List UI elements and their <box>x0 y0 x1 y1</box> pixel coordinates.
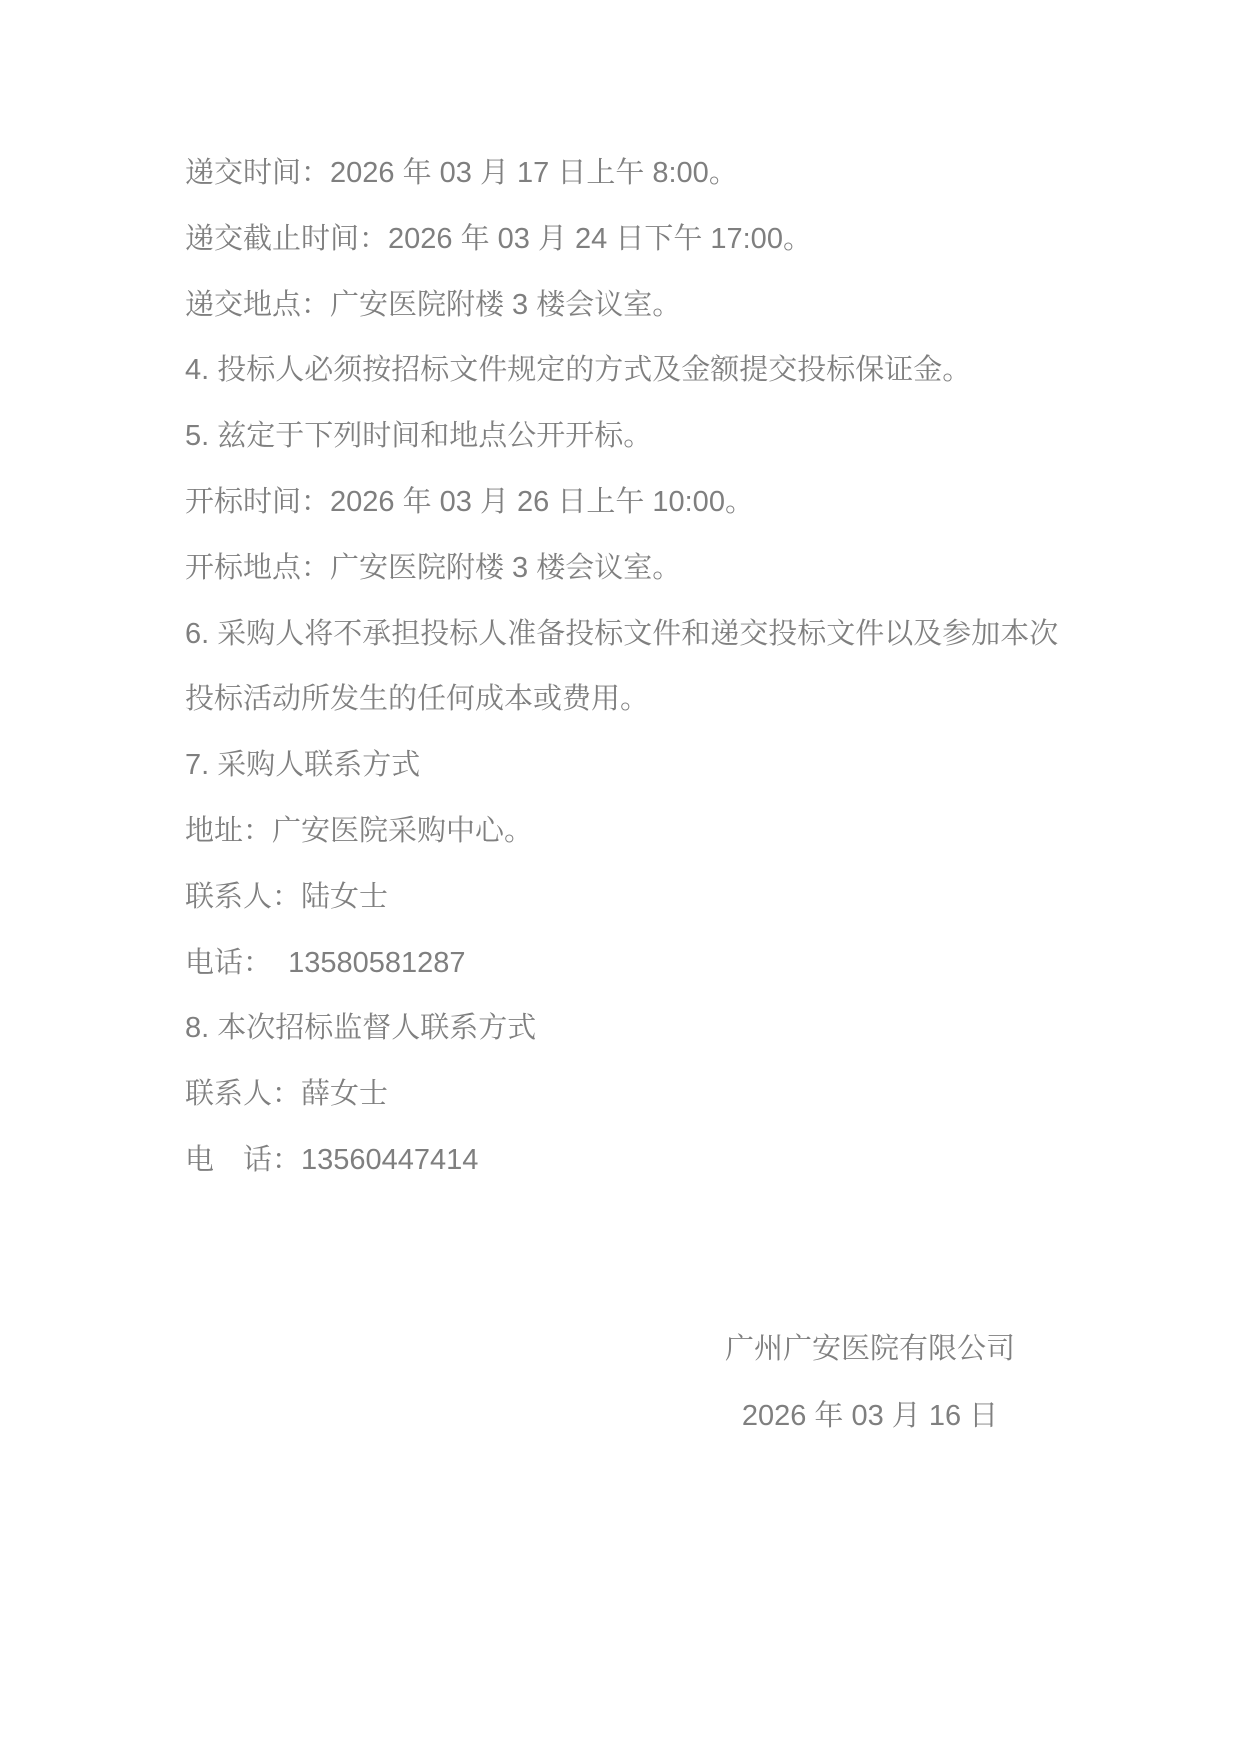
paragraph-submission-location: 递交地点：广安医院附楼 3 楼会议室。 <box>185 273 1085 339</box>
paragraph-phone-lu: 电话： 13580581287 <box>185 931 1085 997</box>
paragraph-address: 地址：广安医院采购中心。 <box>185 799 1085 865</box>
paragraph-contact-person-xue: 联系人：薛女士 <box>185 1062 1085 1128</box>
paragraph-bid-opening-location: 开标地点：广安医院附楼 3 楼会议室。 <box>185 536 1085 602</box>
paragraph-item-6-costs-line-2: 投标活动所发生的任何成本或费用。 <box>185 667 1085 733</box>
signature-date: 2026 年 03 月 16 日 <box>580 1383 1160 1450</box>
paragraph-item-6-costs-line-1: 6. 采购人将不承担投标人准备投标文件和递交投标文件以及参加本次 <box>185 602 1085 668</box>
paragraph-contact-person-lu: 联系人：陆女士 <box>185 865 1085 931</box>
paragraph-item-5-public-opening: 5. 兹定于下列时间和地点公开开标。 <box>185 404 1085 470</box>
signature-block: 广州广安医院有限公司 2026 年 03 月 16 日 <box>580 1316 1160 1450</box>
paragraph-bid-opening-time: 开标时间：2026 年 03 月 26 日上午 10:00。 <box>185 470 1085 536</box>
signature-company-name: 广州广安医院有限公司 <box>580 1316 1160 1383</box>
paragraph-item-8-supervisor-contact: 8. 本次招标监督人联系方式 <box>185 996 1085 1062</box>
document-page: 递交时间：2026 年 03 月 17 日上午 8:00。 递交截止时间：202… <box>0 0 1240 1753</box>
paragraph-item-7-purchaser-contact: 7. 采购人联系方式 <box>185 733 1085 799</box>
paragraph-item-4-bid-bond: 4. 投标人必须按招标文件规定的方式及金额提交投标保证金。 <box>185 338 1085 404</box>
paragraph-phone-xue: 电 话：13560447414 <box>185 1128 1085 1194</box>
paragraph-submission-start-time: 递交时间：2026 年 03 月 17 日上午 8:00。 <box>185 141 1085 207</box>
paragraph-submission-deadline: 递交截止时间：2026 年 03 月 24 日下午 17:00。 <box>185 207 1085 273</box>
document-body: 递交时间：2026 年 03 月 17 日上午 8:00。 递交截止时间：202… <box>185 141 1085 1194</box>
